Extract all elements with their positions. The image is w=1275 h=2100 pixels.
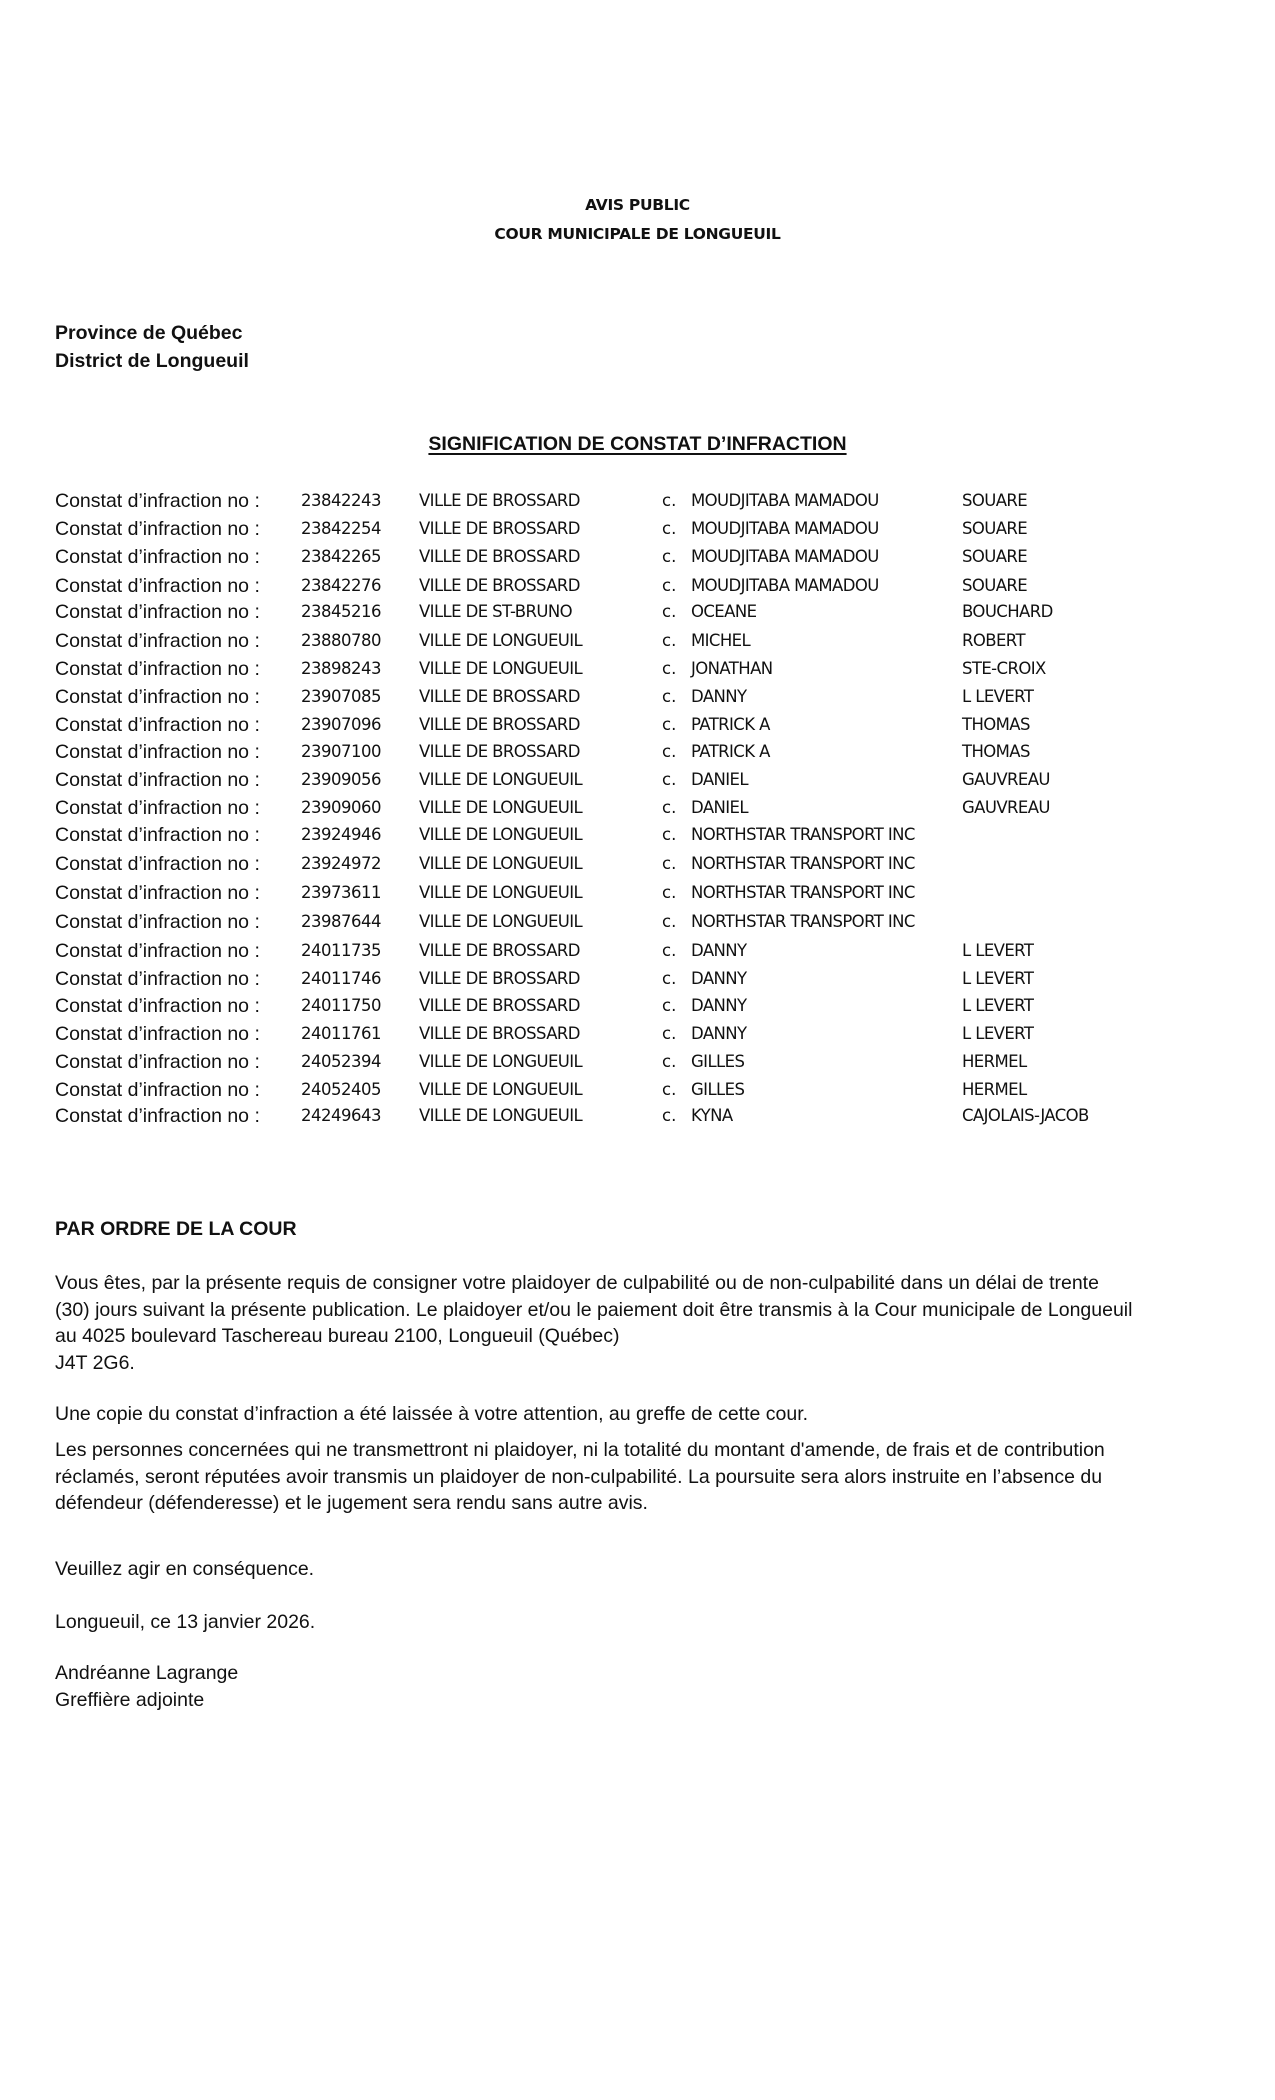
prosecutor-city: VILLE DE BROSSARD [419,487,580,515]
versus-marker: c. [662,1020,676,1048]
versus-marker: c. [662,965,676,993]
infraction-label: Constat d’infraction no : [55,655,260,683]
versus-marker: c. [662,738,676,766]
defendant-first-name: PATRICK A [691,711,770,739]
table-row: Constat d’infraction no :23973611VILLE D… [0,879,1275,907]
infraction-number: 23898243 [301,655,381,683]
versus-marker: c. [662,543,676,571]
prosecutor-city: VILLE DE BROSSARD [419,515,580,543]
defendant-last-name: L LEVERT [962,937,1033,965]
prosecutor-city: VILLE DE LONGUEUIL [419,821,582,849]
paragraph-line: réclamés, seront réputées avoir transmis… [55,1464,1105,1491]
prosecutor-city: VILLE DE LONGUEUIL [419,879,582,907]
table-row: Constat d’infraction no :23924972VILLE D… [0,850,1275,878]
table-row: Constat d’infraction no :24052394VILLE D… [0,1048,1275,1076]
table-row: Constat d’infraction no :23907085VILLE D… [0,683,1275,711]
defendant-last-name: SOUARE [962,515,1027,543]
infraction-number: 23973611 [301,879,381,907]
versus-marker: c. [662,487,676,515]
prosecutor-city: VILLE DE LONGUEUIL [419,850,582,878]
infraction-number: 23845216 [301,598,381,626]
infraction-label: Constat d’infraction no : [55,1048,260,1076]
paragraph-line: (30) jours suivant la présente publicati… [55,1297,1132,1324]
versus-marker: c. [662,1076,676,1104]
defendant-first-name: NORTHSTAR TRANSPORT INC [691,879,915,907]
infraction-number: 23924946 [301,821,381,849]
table-row: Constat d’infraction no :24011761VILLE D… [0,1020,1275,1048]
defendant-last-name: L LEVERT [962,1020,1033,1048]
court-name: COUR MUNICIPALE DE LONGUEUIL [0,225,1275,243]
prosecutor-city: VILLE DE BROSSARD [419,711,580,739]
prosecutor-city: VILLE DE LONGUEUIL [419,794,582,822]
versus-marker: c. [662,879,676,907]
infraction-number: 24011735 [301,937,381,965]
defendant-first-name: MICHEL [691,627,750,655]
infraction-number: 23842254 [301,515,381,543]
table-row: Constat d’infraction no :23987644VILLE D… [0,908,1275,936]
date-line: Longueuil, ce 13 janvier 2026. [55,1609,315,1636]
signatory-title: Greffière adjointe [55,1687,204,1714]
defendant-first-name: DANNY [691,683,746,711]
infraction-label: Constat d’infraction no : [55,515,260,543]
defendant-first-name: NORTHSTAR TRANSPORT INC [691,908,915,936]
infraction-number: 23842265 [301,543,381,571]
infraction-number: 23909056 [301,766,381,794]
province-label: Province de Québec [55,322,243,345]
paragraph-plea: Vous êtes, par la présente requis de con… [55,1270,1132,1376]
defendant-first-name: DANNY [691,992,746,1020]
defendant-first-name: NORTHSTAR TRANSPORT INC [691,850,915,878]
infraction-label: Constat d’infraction no : [55,937,260,965]
infraction-label: Constat d’infraction no : [55,992,260,1020]
defendant-first-name: MOUDJITABA MAMADOU [691,515,879,543]
infraction-label: Constat d’infraction no : [55,598,260,626]
infraction-number: 23907100 [301,738,381,766]
versus-marker: c. [662,683,676,711]
infraction-number: 24052405 [301,1076,381,1104]
defendant-first-name: MOUDJITABA MAMADOU [691,543,879,571]
versus-marker: c. [662,908,676,936]
defendant-first-name: GILLES [691,1048,744,1076]
defendant-last-name: SOUARE [962,572,1027,600]
versus-marker: c. [662,711,676,739]
defendant-last-name: BOUCHARD [962,598,1053,626]
versus-marker: c. [662,627,676,655]
signatory-name: Andréanne Lagrange [55,1660,238,1687]
defendant-first-name: MOUDJITABA MAMADOU [691,572,879,600]
prosecutor-city: VILLE DE BROSSARD [419,738,580,766]
paragraph-line: au 4025 boulevard Taschereau bureau 2100… [55,1323,1132,1350]
infraction-label: Constat d’infraction no : [55,1102,260,1130]
infraction-number: 24011761 [301,1020,381,1048]
table-row: Constat d’infraction no :23907096VILLE D… [0,711,1275,739]
district-label: District de Longueuil [55,350,249,373]
infraction-label: Constat d’infraction no : [55,1020,260,1048]
versus-marker: c. [662,572,676,600]
infraction-number: 23909060 [301,794,381,822]
defendant-last-name: L LEVERT [962,683,1033,711]
defendant-last-name: SOUARE [962,543,1027,571]
table-row: Constat d’infraction no :23842265VILLE D… [0,543,1275,571]
defendant-first-name: DANNY [691,1020,746,1048]
table-row: Constat d’infraction no :23842243VILLE D… [0,487,1275,515]
infraction-label: Constat d’infraction no : [55,572,260,600]
section-title: SIGNIFICATION DE CONSTAT D’INFRACTION [0,433,1275,456]
table-row: Constat d’infraction no :23909056VILLE D… [0,766,1275,794]
infraction-number: 23924972 [301,850,381,878]
table-row: Constat d’infraction no :23845216VILLE D… [0,598,1275,626]
table-row: Constat d’infraction no :24052405VILLE D… [0,1076,1275,1104]
defendant-first-name: OCEANE [691,598,756,626]
infraction-label: Constat d’infraction no : [55,821,260,849]
defendant-first-name: DANNY [691,965,746,993]
table-row: Constat d’infraction no :23842254VILLE D… [0,515,1275,543]
table-row: Constat d’infraction no :23907100VILLE D… [0,738,1275,766]
infraction-number: 23907085 [301,683,381,711]
notice-title: AVIS PUBLIC [0,196,1275,214]
paragraph-line: J4T 2G6. [55,1350,1132,1377]
versus-marker: c. [662,515,676,543]
defendant-last-name: CAJOLAIS-JACOB [962,1102,1089,1130]
table-row: Constat d’infraction no :23924946VILLE D… [0,821,1275,849]
infraction-label: Constat d’infraction no : [55,965,260,993]
defendant-last-name: L LEVERT [962,992,1033,1020]
prosecutor-city: VILLE DE BROSSARD [419,683,580,711]
defendant-first-name: DANNY [691,937,746,965]
defendant-last-name: THOMAS [962,738,1030,766]
infraction-number: 23880780 [301,627,381,655]
infraction-number: 24011750 [301,992,381,1020]
table-row: Constat d’infraction no :24249643VILLE D… [0,1102,1275,1130]
defendant-last-name: STE-CROIX [962,655,1046,683]
paragraph-copy: Une copie du constat d’infraction a été … [55,1401,808,1428]
defendant-first-name: GILLES [691,1076,744,1104]
prosecutor-city: VILLE DE BROSSARD [419,572,580,600]
paragraph-act: Veuillez agir en conséquence. [55,1556,314,1583]
prosecutor-city: VILLE DE BROSSARD [419,1020,580,1048]
defendant-first-name: NORTHSTAR TRANSPORT INC [691,821,915,849]
table-row: Constat d’infraction no :24011750VILLE D… [0,992,1275,1020]
infraction-number: 23907096 [301,711,381,739]
paragraph-line: Vous êtes, par la présente requis de con… [55,1270,1132,1297]
paragraph-line: Les personnes concernées qui ne transmet… [55,1437,1105,1464]
infraction-number: 24249643 [301,1102,381,1130]
defendant-last-name: SOUARE [962,487,1027,515]
section-title-text: SIGNIFICATION DE CONSTAT D’INFRACTION [428,433,846,455]
table-row: Constat d’infraction no :23898243VILLE D… [0,655,1275,683]
infraction-label: Constat d’infraction no : [55,1076,260,1104]
prosecutor-city: VILLE DE LONGUEUIL [419,655,582,683]
defendant-first-name: DANIEL [691,766,748,794]
prosecutor-city: VILLE DE LONGUEUIL [419,908,582,936]
table-row: Constat d’infraction no :24011735VILLE D… [0,937,1275,965]
infraction-number: 23842243 [301,487,381,515]
infraction-label: Constat d’infraction no : [55,766,260,794]
table-row: Constat d’infraction no :23880780VILLE D… [0,627,1275,655]
infraction-number: 23842276 [301,572,381,600]
paragraph-default: Les personnes concernées qui ne transmet… [55,1437,1105,1517]
prosecutor-city: VILLE DE LONGUEUIL [419,1048,582,1076]
infraction-label: Constat d’infraction no : [55,683,260,711]
versus-marker: c. [662,655,676,683]
infraction-label: Constat d’infraction no : [55,487,260,515]
defendant-first-name: MOUDJITABA MAMADOU [691,487,879,515]
versus-marker: c. [662,992,676,1020]
infraction-label: Constat d’infraction no : [55,879,260,907]
versus-marker: c. [662,1048,676,1076]
defendant-first-name: PATRICK A [691,738,770,766]
defendant-last-name: GAUVREAU [962,766,1050,794]
prosecutor-city: VILLE DE LONGUEUIL [419,627,582,655]
prosecutor-city: VILLE DE BROSSARD [419,992,580,1020]
table-row: Constat d’infraction no :23842276VILLE D… [0,572,1275,600]
versus-marker: c. [662,598,676,626]
table-row: Constat d’infraction no :24011746VILLE D… [0,965,1275,993]
infraction-number: 23987644 [301,908,381,936]
table-row: Constat d’infraction no :23909060VILLE D… [0,794,1275,822]
infraction-label: Constat d’infraction no : [55,543,260,571]
versus-marker: c. [662,850,676,878]
infraction-label: Constat d’infraction no : [55,627,260,655]
prosecutor-city: VILLE DE LONGUEUIL [419,1076,582,1104]
prosecutor-city: VILLE DE BROSSARD [419,543,580,571]
infraction-number: 24011746 [301,965,381,993]
order-title: PAR ORDRE DE LA COUR [55,1216,297,1243]
prosecutor-city: VILLE DE LONGUEUIL [419,1102,582,1130]
defendant-first-name: JONATHAN [691,655,773,683]
infraction-label: Constat d’infraction no : [55,738,260,766]
paragraph-line: défendeur (défenderesse) et le jugement … [55,1490,1105,1517]
defendant-last-name: HERMEL [962,1076,1027,1104]
defendant-last-name: L LEVERT [962,965,1033,993]
infraction-number: 24052394 [301,1048,381,1076]
versus-marker: c. [662,1102,676,1130]
prosecutor-city: VILLE DE LONGUEUIL [419,766,582,794]
defendant-first-name: DANIEL [691,794,748,822]
infraction-label: Constat d’infraction no : [55,794,260,822]
versus-marker: c. [662,937,676,965]
prosecutor-city: VILLE DE ST-BRUNO [419,598,572,626]
versus-marker: c. [662,766,676,794]
defendant-last-name: HERMEL [962,1048,1027,1076]
defendant-last-name: GAUVREAU [962,794,1050,822]
prosecutor-city: VILLE DE BROSSARD [419,937,580,965]
infraction-label: Constat d’infraction no : [55,908,260,936]
defendant-first-name: KYNA [691,1102,733,1130]
versus-marker: c. [662,794,676,822]
infraction-label: Constat d’infraction no : [55,850,260,878]
infraction-label: Constat d’infraction no : [55,711,260,739]
versus-marker: c. [662,821,676,849]
defendant-last-name: ROBERT [962,627,1025,655]
prosecutor-city: VILLE DE BROSSARD [419,965,580,993]
defendant-last-name: THOMAS [962,711,1030,739]
